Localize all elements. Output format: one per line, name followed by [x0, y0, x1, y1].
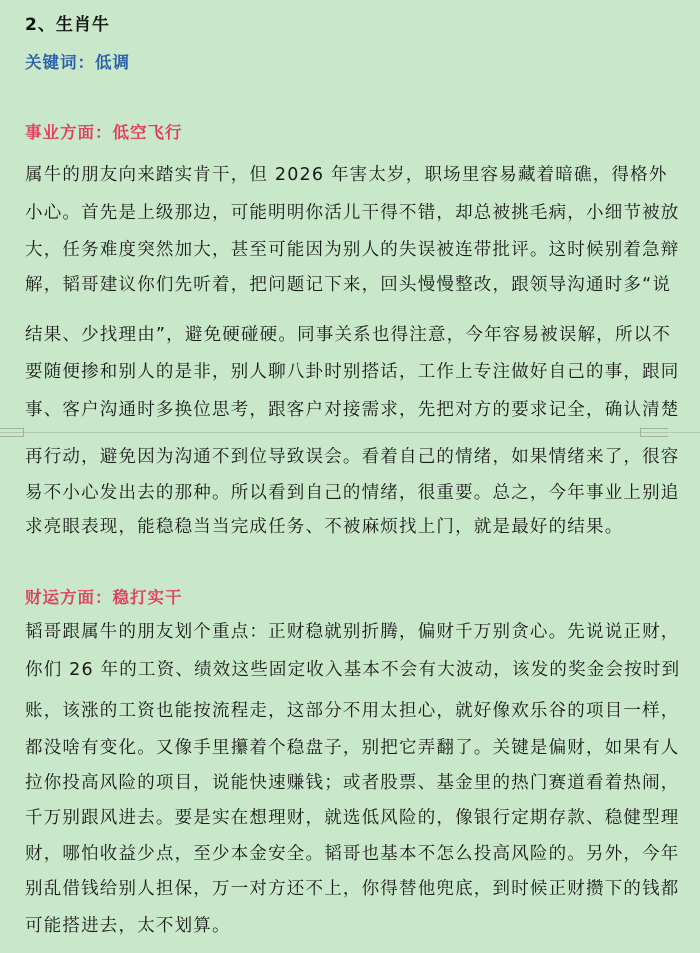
keyword-value: 低调	[95, 53, 130, 72]
paragraph-line: 要随便掺和别人的是非，别人聊八卦时别搭话，工作上专注做好自己的事，跟同	[25, 360, 680, 384]
paragraph-line: 小心。首先是上级那边，可能明明你活儿干得不错，却总被挑毛病，小细节被放	[25, 201, 680, 225]
paragraph-line: 你们 26 年的工资、绩效这些固定收入基本不会有大波动，该发的奖金会按时到	[25, 658, 680, 682]
paragraph-line: 易不小心发出去的那种。所以看到自己的情绪，很重要。总之，今年事业上别追	[25, 481, 680, 505]
section-heading-career: 事业方面：低空飞行	[25, 121, 183, 145]
paragraph-line: 财，哪怕收益少点，至少本金安全。韬哥也基本不怎么投高风险的。另外，今年	[25, 842, 680, 866]
paragraph-line: 结果、少找理由”，避免硬碰硬。同事关系也得注意，今年容易被误解，所以不	[25, 323, 671, 347]
zodiac-title: 2、生肖牛	[25, 13, 110, 37]
paragraph-line: 解，韬哥建议你们先听着，把问题记下来，回头慢慢整改，跟领导沟通时多“说	[25, 273, 671, 297]
paragraph-line: 大，任务难度突然加大，甚至可能因为别人的失误被连带批评。这时候别着急辩	[25, 238, 680, 262]
paragraph-line: 韬哥跟属牛的朋友划个重点：正财稳就别折腾，偏财千万别贪心。先说说正财，	[25, 620, 680, 644]
keyword-label: 关键词：	[25, 53, 95, 72]
paragraph-line: 求亮眼表现，能稳稳当当完成任务、不被麻烦找上门，就是最好的结果。	[25, 515, 623, 539]
keyword-line: 关键词：低调	[25, 51, 130, 75]
paragraph-line: 都没啥有变化。又像手里攥着个稳盘子，别把它弄翻了。关键是偏财，如果有人	[25, 736, 680, 760]
section-heading-wealth: 财运方面：稳打实干	[25, 586, 183, 610]
paragraph-line: 别乱借钱给别人担保，万一对方还不上，你得替他兜底，到时候正财攒下的钱都	[25, 877, 680, 901]
paragraph-line: 事、客户沟通时多换位思考，跟客户对接需求，先把对方的要求记全，确认清楚	[25, 398, 680, 422]
page-break-marker-left	[0, 428, 24, 437]
paragraph-line: 账，该涨的工资也能按流程走，这部分不用太担心，就好像欢乐谷的项目一样，	[25, 699, 680, 723]
paragraph-line: 再行动，避免因为沟通不到位导致误会。看着自己的情绪，如果情绪来了，很容	[25, 445, 680, 469]
paragraph-line: 拉你投高风险的项目，说能快速赚钱；或者股票、基金里的热门赛道看着热闹，	[25, 771, 680, 795]
paragraph-line: 可能搭进去，太不划算。	[25, 914, 231, 938]
page-break-marker-right	[640, 428, 668, 437]
page-break-line	[0, 432, 700, 433]
paragraph-line: 属牛的朋友向来踏实肯干，但 2026 年害太岁，职场里容易藏着暗礁，得格外	[25, 163, 668, 187]
paragraph-line: 千万别跟风进去。要是实在想理财，就选低风险的，像银行定期存款、稳健型理	[25, 806, 680, 830]
